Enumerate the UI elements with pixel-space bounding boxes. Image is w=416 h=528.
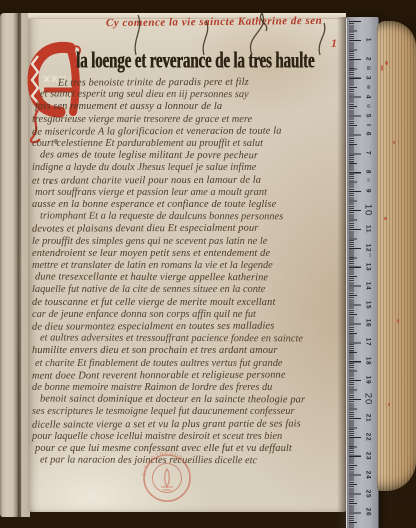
edge-fleck [381, 65, 383, 71]
svg-text:BIBLIOTHEQUE: BIBLIOTHEQUE [142, 451, 184, 476]
manuscript-line: devotes et plaisans devant dieu Et espec… [32, 223, 343, 237]
manuscript-line: car de jeune enfance donna son corps aff… [32, 309, 343, 321]
manuscript-line: de misericorde A la glorificacion et ven… [32, 125, 343, 139]
ruler-cm-label: 26 [365, 508, 372, 516]
ruler-cm-label: 16 [365, 319, 372, 327]
manuscript-line: dune tresexcellante et haulte vierge app… [35, 272, 343, 285]
page-blemish [49, 181, 52, 184]
manuscript-line: et aultres adversites et tressouffrant p… [40, 333, 343, 346]
manuscript-line: fais sen remuement et aussy a lonnour de… [35, 101, 343, 113]
book-fore-edge [377, 21, 416, 491]
ruler-cm-label: 12 [365, 244, 372, 252]
ruler-certification-mark: Ⅱ [365, 124, 371, 126]
manuscript-line: court celestienne Et pardurablement au p… [32, 138, 343, 150]
ruler-cm-label: 1 [365, 38, 372, 42]
ruler-cm-label: 6 [365, 132, 372, 136]
manuscript-line: et tres ardant charite vueil pour nous e… [32, 174, 343, 188]
ruler-cm-label: 25 [365, 489, 372, 497]
body-text: Et tres benoiste trinite de paradis pere… [32, 77, 343, 468]
ruler-certification-mark: ⊞ [365, 66, 371, 70]
ruler-cm-label: 17 [365, 338, 372, 346]
manuscript-line: pour laquelle chose icellui maistre desi… [32, 431, 343, 443]
ruler-certification-mark: ™ [365, 253, 371, 258]
edge-fleck [393, 141, 395, 144]
manuscript-line: ausse en la bonne esperance et confiance… [32, 199, 343, 211]
edge-fleck [388, 403, 390, 406]
manuscript-line: indigne a layde du doulx Jhesus lequel j… [32, 162, 343, 174]
ruler-cm-label: 18 [365, 357, 372, 365]
stamp-text: BIBLIOTHEQUE [142, 451, 184, 476]
ruler-cm-label: 24 [365, 470, 372, 478]
manuscript-line: laquelle fut native de la cite de sennes… [32, 284, 343, 296]
ruler-cm-label: 21 [365, 414, 372, 422]
manuscript-line: humilite envers dieu et son prochain et … [32, 345, 343, 357]
gutter-crease [18, 13, 21, 517]
manuscript-line: entendroient se leur moyen petit sens et… [32, 248, 343, 260]
ruler-cm-label: 14 [365, 281, 372, 289]
ruler-cm-label: 9 [365, 189, 372, 193]
manuscript-line: mort souffrans vierge et passion leur am… [35, 187, 343, 199]
edge-fleck [397, 319, 399, 323]
manuscript-line: mettre et translater de latin en romans … [32, 260, 343, 272]
manuscript-line: de bonne memoire maistre Raimon de lordr… [32, 382, 343, 394]
ruler-cm-label: 2 [365, 57, 372, 61]
ruler-cm-label: 13 [365, 262, 372, 270]
manuscript-line: et charite Et finablement de toutes ault… [35, 358, 343, 370]
ruler-cm-label: 22 [365, 433, 372, 441]
page-blemish [54, 139, 58, 144]
ruler-cm-label: 19 [365, 376, 372, 384]
ruler-certification-mark: ⊘ [365, 104, 371, 108]
library-stamp: BIBLIOTHEQUE [138, 449, 196, 507]
manuscript-line: ment doee Dont reverent honnorable et re… [32, 369, 343, 383]
ruler-cm-label: 4 [365, 94, 372, 98]
ruler-cm-label: 23 [365, 451, 372, 459]
manuscript-line: des ames de toute leglise militant Je po… [40, 150, 343, 163]
ruler-cm-label: 11 [365, 225, 372, 233]
ruler-cm-label: 3 [365, 76, 372, 80]
manuscript-line: tresglorieuse vierge marie tresorere de … [32, 114, 343, 126]
manuscript-photo: Cy comence la vie saincte Katherine de s… [0, 0, 416, 528]
manuscript-line: de touscanne et fut celle vierge de meri… [32, 297, 343, 309]
ruler-certification-mark: ⊕ [365, 85, 371, 89]
ruler-shadow [337, 17, 346, 528]
manuscript-page: Cy comence la vie saincte Katherine de s… [28, 13, 346, 512]
edge-fleck [384, 217, 387, 220]
ruler: 1234567891011121314151617181920212223242… [346, 17, 379, 528]
manuscript-line: benoit sainct dominique et docteur en la… [40, 394, 343, 407]
manuscript-line: le prouffit des simples gens qui ne scev… [32, 236, 343, 248]
ruler-cm-label: 7 [365, 151, 372, 155]
heading-line: la loenge et reverance de la tres haulte [76, 49, 314, 75]
ruler-cm-label: 8 [365, 170, 372, 174]
edge-fleck [385, 61, 388, 65]
ruler-cm-label: 5 [365, 113, 372, 117]
ruler-cm-label: 20 [363, 393, 374, 405]
manuscript-line: ses escriptures le tesmoigne lequel fut … [32, 406, 343, 418]
ruler-cm-label: 10 [363, 204, 374, 216]
ruler-certification-mark: ∞ [365, 178, 371, 182]
ruler-cm-label: 15 [365, 300, 372, 308]
manuscript-line: dicelle saincte vierge a set et vu la pl… [32, 418, 343, 432]
manuscript-line: et sainct esperit ung seul dieu en iij p… [40, 89, 343, 102]
ruler-cm-ticks [349, 21, 361, 528]
